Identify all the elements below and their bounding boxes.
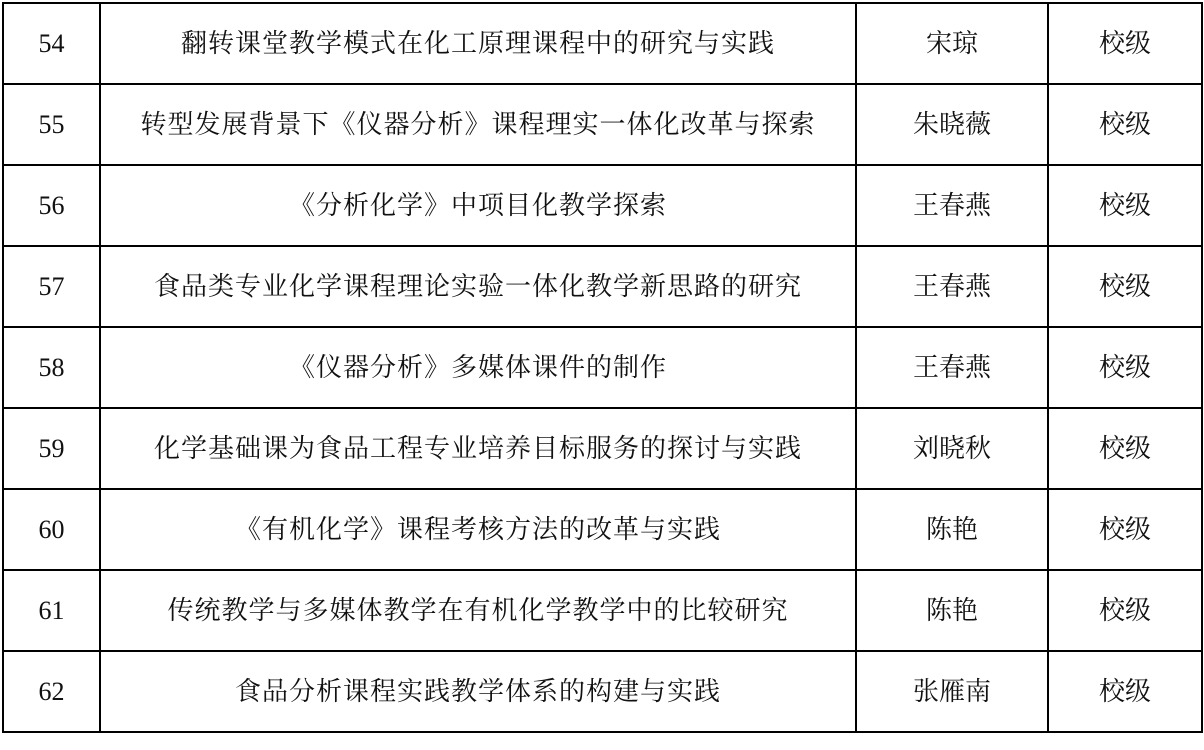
table-row: 59 化学基础课为食品工程专业培养目标服务的探讨与实践 刘晓秋 校级 [3,408,1202,489]
row-number: 59 [3,408,100,489]
project-title: 《有机化学》课程考核方法的改革与实践 [100,489,856,570]
table-row: 61 传统教学与多媒体教学在有机化学教学中的比较研究 陈艳 校级 [3,570,1202,651]
row-number: 54 [3,3,100,84]
project-leader: 王春燕 [856,165,1048,246]
table-row: 62 食品分析课程实践教学体系的构建与实践 张雁南 校级 [3,651,1202,732]
project-title: 翻转课堂教学模式在化工原理课程中的研究与实践 [100,3,856,84]
table-row: 54 翻转课堂教学模式在化工原理课程中的研究与实践 宋琼 校级 [3,3,1202,84]
project-leader: 宋琼 [856,3,1048,84]
project-leader: 刘晓秋 [856,408,1048,489]
project-leader: 王春燕 [856,246,1048,327]
project-title: 食品类专业化学课程理论实验一体化教学新思路的研究 [100,246,856,327]
row-number: 57 [3,246,100,327]
project-level: 校级 [1048,570,1202,651]
table-row: 58 《仪器分析》多媒体课件的制作 王春燕 校级 [3,327,1202,408]
project-table-body: 54 翻转课堂教学模式在化工原理课程中的研究与实践 宋琼 校级 55 转型发展背… [3,3,1202,732]
project-level: 校级 [1048,651,1202,732]
table-row: 56 《分析化学》中项目化教学探索 王春燕 校级 [3,165,1202,246]
project-level: 校级 [1048,84,1202,165]
project-leader: 王春燕 [856,327,1048,408]
project-title: 化学基础课为食品工程专业培养目标服务的探讨与实践 [100,408,856,489]
row-number: 58 [3,327,100,408]
table-row: 57 食品类专业化学课程理论实验一体化教学新思路的研究 王春燕 校级 [3,246,1202,327]
project-leader: 陈艳 [856,570,1048,651]
project-level: 校级 [1048,489,1202,570]
project-title: 《分析化学》中项目化教学探索 [100,165,856,246]
project-level: 校级 [1048,408,1202,489]
project-title: 传统教学与多媒体教学在有机化学教学中的比较研究 [100,570,856,651]
table-row: 55 转型发展背景下《仪器分析》课程理实一体化改革与探索 朱晓薇 校级 [3,84,1202,165]
project-leader: 张雁南 [856,651,1048,732]
project-title: 转型发展背景下《仪器分析》课程理实一体化改革与探索 [100,84,856,165]
project-level: 校级 [1048,3,1202,84]
project-leader: 朱晓薇 [856,84,1048,165]
row-number: 61 [3,570,100,651]
project-title: 《仪器分析》多媒体课件的制作 [100,327,856,408]
row-number: 60 [3,489,100,570]
row-number: 55 [3,84,100,165]
project-leader: 陈艳 [856,489,1048,570]
row-number: 56 [3,165,100,246]
project-level: 校级 [1048,246,1202,327]
project-table: 54 翻转课堂教学模式在化工原理课程中的研究与实践 宋琼 校级 55 转型发展背… [2,2,1203,733]
project-level: 校级 [1048,165,1202,246]
project-level: 校级 [1048,327,1202,408]
row-number: 62 [3,651,100,732]
project-title: 食品分析课程实践教学体系的构建与实践 [100,651,856,732]
table-row: 60 《有机化学》课程考核方法的改革与实践 陈艳 校级 [3,489,1202,570]
